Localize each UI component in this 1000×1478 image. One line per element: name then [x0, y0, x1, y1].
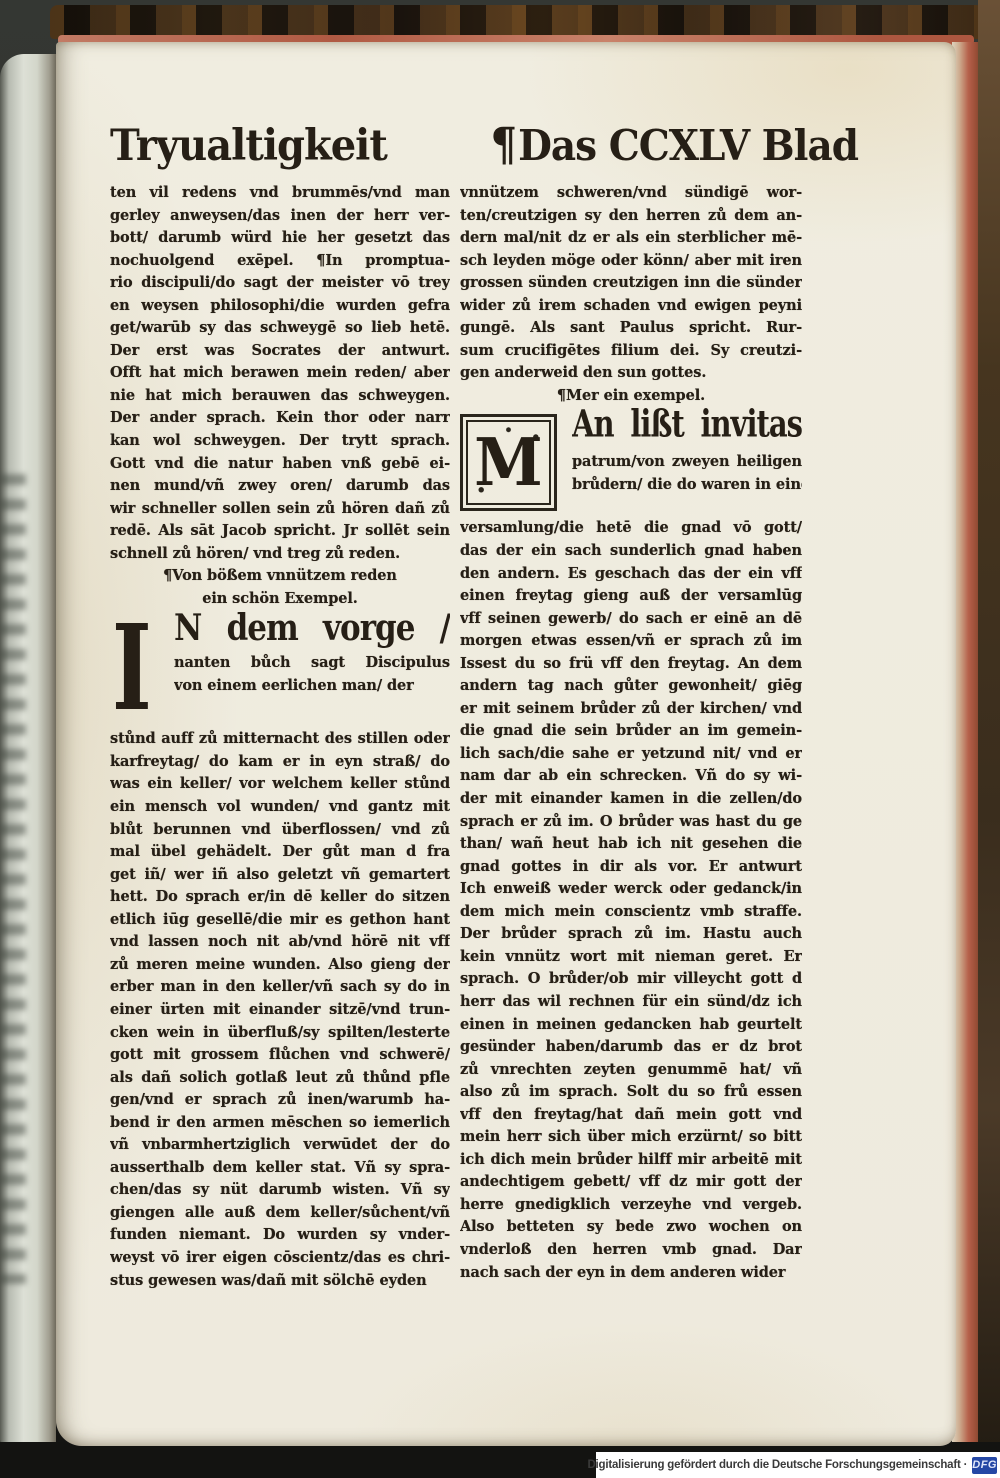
dfg-logo: DFG [972, 1457, 997, 1474]
text-line: kan wol schweygen. Der trytt sprach. [110, 430, 450, 453]
left-incipit-indent-lines: nanten bůch sagt Discipulusvon einem eer… [174, 652, 450, 697]
right-initial-section: M An lißt invitas patrum/von zweyen heil… [460, 409, 802, 517]
right-paragraph-1: vnnützem schweren/vnd sündigē wor-ten/cr… [460, 182, 802, 385]
text-line: sprach er zů im. O brůder was hast du ge [460, 811, 802, 834]
text-line: get iñ/ wer iñ also geletzt vñ gemartert [110, 864, 450, 887]
text-line: ten vil redens vnd brummēs/vnd man [110, 182, 450, 205]
text-line: stus gewesen was/dañ mit sölchē eyden [110, 1270, 450, 1293]
text-line: bend ir den armen mēschen so iemerlich [110, 1112, 450, 1135]
text-line: das der ein sach sunderlich gnad haben [460, 540, 802, 563]
text-line: den andern. Es geschach das der ein vff [460, 563, 802, 586]
text-line: vnnützem schweren/vnd sündigē wor- [460, 182, 802, 205]
folio-number: ¶Das CCXLV Blad [490, 118, 858, 171]
book-scan-viewport: { "header": { "left_title": "Tryualtigke… [0, 0, 1000, 1478]
text-line: als dañ solich gotlaß leut zů thůnd pfle [110, 1067, 450, 1090]
text-line: Also betteten sy bede zwo wochen on [460, 1216, 802, 1239]
woodcut-initial-M-icon: M [460, 414, 557, 511]
text-line: andern tag nach gůter gewonheit/ giēg [460, 675, 802, 698]
text-line: ausserthalb dem keller stat. Vñ sy spra- [110, 1157, 450, 1180]
text-line: en weysen philosophi/die wurden gefra [110, 295, 450, 318]
text-line: Offt hat mich berawen mein reden/ aber [110, 362, 450, 385]
text-line: nen mund/vñ zwey oren/ darumb das [110, 475, 450, 498]
text-line: weyst vō irer eigen cōscientz/das es chr… [110, 1247, 450, 1270]
text-line: ich dich mein brůder hilff mir arbeitē m… [460, 1149, 802, 1172]
left-chapter-heading: ¶Von bößem vnnützem redenein schön Exemp… [110, 565, 450, 610]
text-line: sum crucifigētes filium dei. Sy creutzi- [460, 340, 802, 363]
text-line: Der brůder sprach zů im. Hastu auch [460, 923, 802, 946]
text-line: funden niemant. Do wurden sy vnder- [110, 1224, 450, 1247]
text-line: sprach. O brůder/ob mir villeycht gott d [460, 968, 802, 991]
book-page: Tryualtigkeit ¶Das CCXLV Blad ten vil re… [56, 42, 956, 1446]
text-line: gott mit grossem flůchen vnd schwerē/ [110, 1044, 450, 1067]
text-line: herre gnedigklich verzeyhe vnd vergeb. [460, 1194, 802, 1217]
text-line: gesünder haben/darumb das er dz brot [460, 1036, 802, 1059]
text-line: mal übel gehädelt. Der gůt man d fra [110, 841, 450, 864]
text-line: einer ürten mit einander sitzē/vnd trun- [110, 999, 450, 1022]
text-line: zů vnrechten zeyten genummē hat/ vñ [460, 1059, 802, 1082]
text-line: Ich enweiß weder werck oder gedanck/in [460, 878, 802, 901]
left-initial-section: I N dem vorge / nanten bůch sagt Discipu… [110, 612, 450, 728]
text-line: chen/das sy nüt darumb wisten. Vñ sy [110, 1179, 450, 1202]
text-line: zů meren meine wunden. Also gieng der [110, 954, 450, 977]
text-line: herr das wil rechnen für ein sünd/dz ich [460, 991, 802, 1014]
text-line: blůt berunnen vnd überflossen/ vnd zů [110, 819, 450, 842]
running-header: Tryualtigkeit ¶Das CCXLV Blad [110, 120, 858, 169]
digitization-credit-text: Digitalisierung gefördert durch die Deut… [587, 1459, 967, 1471]
text-line: bott/ darumb würd hie her gesetzt das [110, 227, 450, 250]
facing-page-sliver [0, 54, 56, 1450]
text-line: rio discipuli/do sagt der meister vō tre… [110, 272, 450, 295]
left-paragraph-2: stůnd auff zů mitternacht des stillen od… [110, 728, 450, 1292]
text-line: vñ vnbarmhertziglich verwūdet der do [110, 1134, 450, 1157]
text-line: ein mensch vol wunden/ vnd gantz mit [110, 796, 450, 819]
text-line: versamlung/die hetē die gnad vō gott/ [460, 517, 802, 540]
right-incipit-indent-lines: patrum/von zweyen heiligenbrůdern/ die d… [572, 451, 802, 496]
right-incipit-large-line: An lißt invitas [572, 397, 802, 452]
text-line: lich sach/die sahe er yetzund nit/ vnd e… [460, 743, 802, 766]
text-line: vnderloß den herren vmb gnad. Dar [460, 1239, 802, 1262]
text-line: nam dar ab ein schrecken. Vñ do sy wi- [460, 765, 802, 788]
text-line: Der ander sprach. Kein thor oder narr [110, 407, 450, 430]
text-line: hett. Do sprach er/in dē keller do sitze… [110, 886, 450, 909]
text-line: karfreytag/ do kam er in eyn straß/ do [110, 751, 450, 774]
pilcrow-mark-icon: ¶ [490, 118, 516, 171]
text-line: than/ wañ heut hab ich nit gesehen die [460, 833, 802, 856]
text-line: redē. Als sāt Jacob spricht. Jr sollēt s… [110, 520, 450, 543]
text-line: Der erst was Socrates der antwurt. [110, 340, 450, 363]
text-line: stůnd auff zů mitternacht des stillen od… [110, 728, 450, 751]
text-line: wir schneller sollen sein zů hören dañ z… [110, 498, 450, 521]
leather-binding-right [978, 0, 1000, 1478]
text-line: einen in meinen gedancken hab geurtelt [460, 1014, 802, 1037]
text-line: nanten bůch sagt Discipulus [174, 652, 450, 675]
text-line: nach sach der eyn in dem anderen wider [460, 1262, 802, 1285]
text-line: Gott vnd die natur haben vnß gebē ei- [110, 453, 450, 476]
left-paragraph-1: ten vil redens vnd brummēs/vnd mangerley… [110, 182, 450, 565]
text-line: kein vnnütz wort mit nieman geret. Er [460, 946, 802, 969]
text-line: gnad gottes in dir als vor. Er antwurt [460, 856, 802, 879]
text-line: patrum/von zweyen heiligen [572, 451, 802, 474]
text-line: gen/vnd er sprach zů inen/warumb ha- [110, 1089, 450, 1112]
text-line: wider zů irem schaden vnd ewigen peyni [460, 295, 802, 318]
text-line: gerley anweysen/das inen der herr ver- [110, 205, 450, 228]
text-line: gen anderweid den sun gottes. [460, 362, 802, 385]
text-line: dern mal/nit dz er als ein sterblicher m… [460, 227, 802, 250]
text-line: get/warūb sy das schweygē so lieb hetē. [110, 317, 450, 340]
right-paragraph-2: versamlung/die hetē die gnad vō gott/das… [460, 517, 802, 1284]
text-line: also zů im sprach. Solt du so frů essen [460, 1081, 802, 1104]
text-line: ten/creutzigen sy den herren zů dem an- [460, 205, 802, 228]
book-top-edge [50, 5, 992, 39]
text-line: was ein keller/ vor welchem keller stůnd [110, 773, 450, 796]
text-line: vnd lassen noch nit ab/vnd hörē nit vff [110, 931, 450, 954]
text-line: der mit einander kamen in die zellen/do [460, 788, 802, 811]
text-line: ¶Von bößem vnnützem reden [110, 565, 450, 588]
text-line: grossen sünden creutzigen inn die sünder [460, 272, 802, 295]
text-line: cken wein in überfluß/sy spilten/lestert… [110, 1022, 450, 1045]
text-line: schnell zů hören/ vnd treg zů reden. [110, 543, 450, 566]
text-line: er mit seinem brůder zů der kirchen/ vnd [460, 698, 802, 721]
text-column-right: vnnützem schweren/vnd sündigē wor-ten/cr… [460, 182, 802, 1284]
text-column-left: ten vil redens vnd brummēs/vnd mangerley… [110, 182, 450, 1292]
text-line: die gnad die sein brůder an im gemein- [460, 720, 802, 743]
text-line: vff den freytag/hat dañ mein gott vnd [460, 1104, 802, 1127]
running-title-left: Tryualtigkeit [110, 120, 387, 171]
text-line: nochuolgend exēpel. ¶In promptua- [110, 250, 450, 273]
text-line: sch leyden möge oder könn/ aber mit iren [460, 250, 802, 273]
text-line: von einem eerlichen man/ der [174, 675, 450, 698]
woodcut-initial-letter: M [474, 430, 543, 495]
text-line: mein herr sich über mich erzürnt/ so bit… [460, 1126, 802, 1149]
drop-cap-initial-I: I [112, 616, 152, 720]
text-line: etlich iūg gesellē/die mir es gethon han… [110, 909, 450, 932]
text-line: gungē. Als sant Paulus spricht. Rur- [460, 317, 802, 340]
text-line: Issest du so frü vff den freytag. An dem [460, 653, 802, 676]
left-incipit-large-line: N dem vorge / [174, 605, 450, 652]
text-line: nie hat mich berauwen das schweygen. [110, 385, 450, 408]
facing-page-text-blur [0, 474, 26, 1284]
text-line: brůdern/ die do waren in einer [572, 474, 802, 497]
text-line: andechtigem gebett/ vff dz mir gott der [460, 1171, 802, 1194]
digitization-credit-strip: Digitalisierung gefördert durch die Deut… [596, 1452, 1000, 1478]
folio-number-text: Das CCXLV Blad [518, 121, 858, 171]
text-line: vff seinen gewerb/ do sach er einē an dē [460, 608, 802, 631]
text-line: einen freytag gieng auß der versamlūg [460, 585, 802, 608]
text-line: erber man in den keller/vñ sach sy do in [110, 976, 450, 999]
text-line: giengen alle auß dem keller/sůchent/vñ [110, 1202, 450, 1225]
text-line: morgen etwas essen/vñ er sprach zů im [460, 630, 802, 653]
text-line: dem mich mein conscientz vmb straffe. [460, 901, 802, 924]
